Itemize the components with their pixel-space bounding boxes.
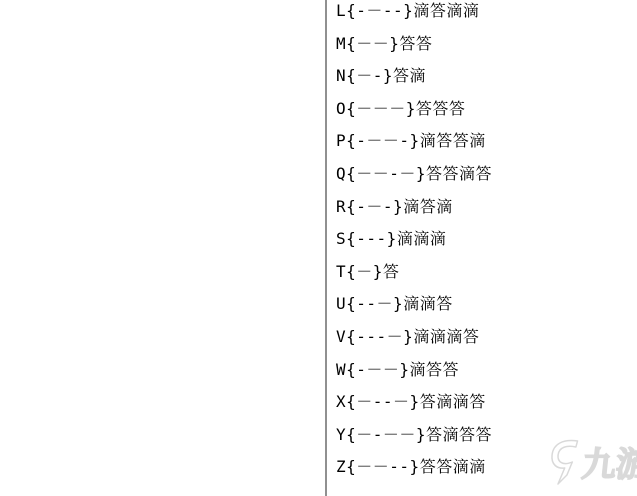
morse-letter: Q <box>336 164 346 183</box>
morse-letter: T <box>336 262 346 281</box>
morse-row-O: O{－－－}答答答 <box>336 93 636 126</box>
morse-code: {---－} <box>346 327 413 346</box>
morse-letter: M <box>336 34 346 53</box>
morse-row-U: U{--－}滴滴答 <box>336 288 636 321</box>
morse-code: {－－} <box>346 34 399 53</box>
morse-letter: O <box>336 99 346 118</box>
morse-code: {－－--} <box>346 457 420 476</box>
morse-letter: L <box>336 1 346 20</box>
morse-row-X: X{－--－}答滴滴答 <box>336 386 636 419</box>
vertical-divider <box>325 0 327 496</box>
morse-letter: U <box>336 294 346 313</box>
morse-code: {－--－} <box>346 392 420 411</box>
morse-letter: S <box>336 229 346 248</box>
morse-code: {－-} <box>346 66 393 85</box>
morse-letter: N <box>336 66 346 85</box>
morse-code: {-－-} <box>346 197 403 216</box>
morse-row-R: R{-－-}滴答滴 <box>336 191 636 224</box>
morse-reading: 滴答滴滴 <box>413 1 479 20</box>
morse-reading: 答答滴滴 <box>420 457 486 476</box>
morse-reading: 滴滴滴答 <box>413 327 479 346</box>
morse-code: {－－-－} <box>346 164 426 183</box>
morse-reading: 答答滴答 <box>426 164 492 183</box>
morse-letter: P <box>336 131 346 150</box>
morse-letter: Y <box>336 425 346 444</box>
morse-code: {－} <box>346 262 383 281</box>
morse-code: {--－} <box>346 294 403 313</box>
morse-code: {-－--} <box>346 1 413 20</box>
morse-code: {－－－} <box>346 99 416 118</box>
morse-row-Z: Z{－－--}答答滴滴 <box>336 451 636 484</box>
morse-row-W: W{-－－}滴答答 <box>336 354 636 387</box>
morse-row-P: P{-－－-}滴答答滴 <box>336 125 636 158</box>
morse-row-V: V{---－}滴滴滴答 <box>336 321 636 354</box>
morse-row-N: N{－-}答滴 <box>336 60 636 93</box>
morse-reading: 滴答答 <box>410 360 460 379</box>
morse-row-L: L{-－--}滴答滴滴 <box>336 0 636 28</box>
morse-letter: X <box>336 392 346 411</box>
morse-code: {-－－-} <box>346 131 420 150</box>
morse-letter: Z <box>336 457 346 476</box>
morse-row-Q: Q{－－-－}答答滴答 <box>336 158 636 191</box>
morse-reading: 滴滴滴 <box>397 229 447 248</box>
morse-code: {－-－－} <box>346 425 426 444</box>
morse-reading: 滴滴答 <box>403 294 453 313</box>
morse-reading: 滴答滴 <box>403 197 453 216</box>
morse-reading: 答 <box>383 262 400 281</box>
morse-letter: R <box>336 197 346 216</box>
morse-letter: W <box>336 360 346 379</box>
morse-code-list: L{-－--}滴答滴滴 M{－－}答答 N{－-}答滴 O{－－－}答答答 P{… <box>336 0 636 484</box>
morse-code: {-－－} <box>346 360 409 379</box>
morse-row-T: T{－}答 <box>336 256 636 289</box>
morse-reading: 答滴滴答 <box>420 392 486 411</box>
morse-letter: V <box>336 327 346 346</box>
morse-reading: 答滴答答 <box>426 425 492 444</box>
morse-row-S: S{---}滴滴滴 <box>336 223 636 256</box>
morse-reading: 滴答答滴 <box>420 131 486 150</box>
morse-row-M: M{－－}答答 <box>336 28 636 61</box>
morse-row-Y: Y{－-－－}答滴答答 <box>336 419 636 452</box>
morse-code: {---} <box>346 229 397 248</box>
morse-reading: 答答 <box>399 34 432 53</box>
morse-reading: 答滴 <box>393 66 426 85</box>
morse-reading: 答答答 <box>416 99 466 118</box>
